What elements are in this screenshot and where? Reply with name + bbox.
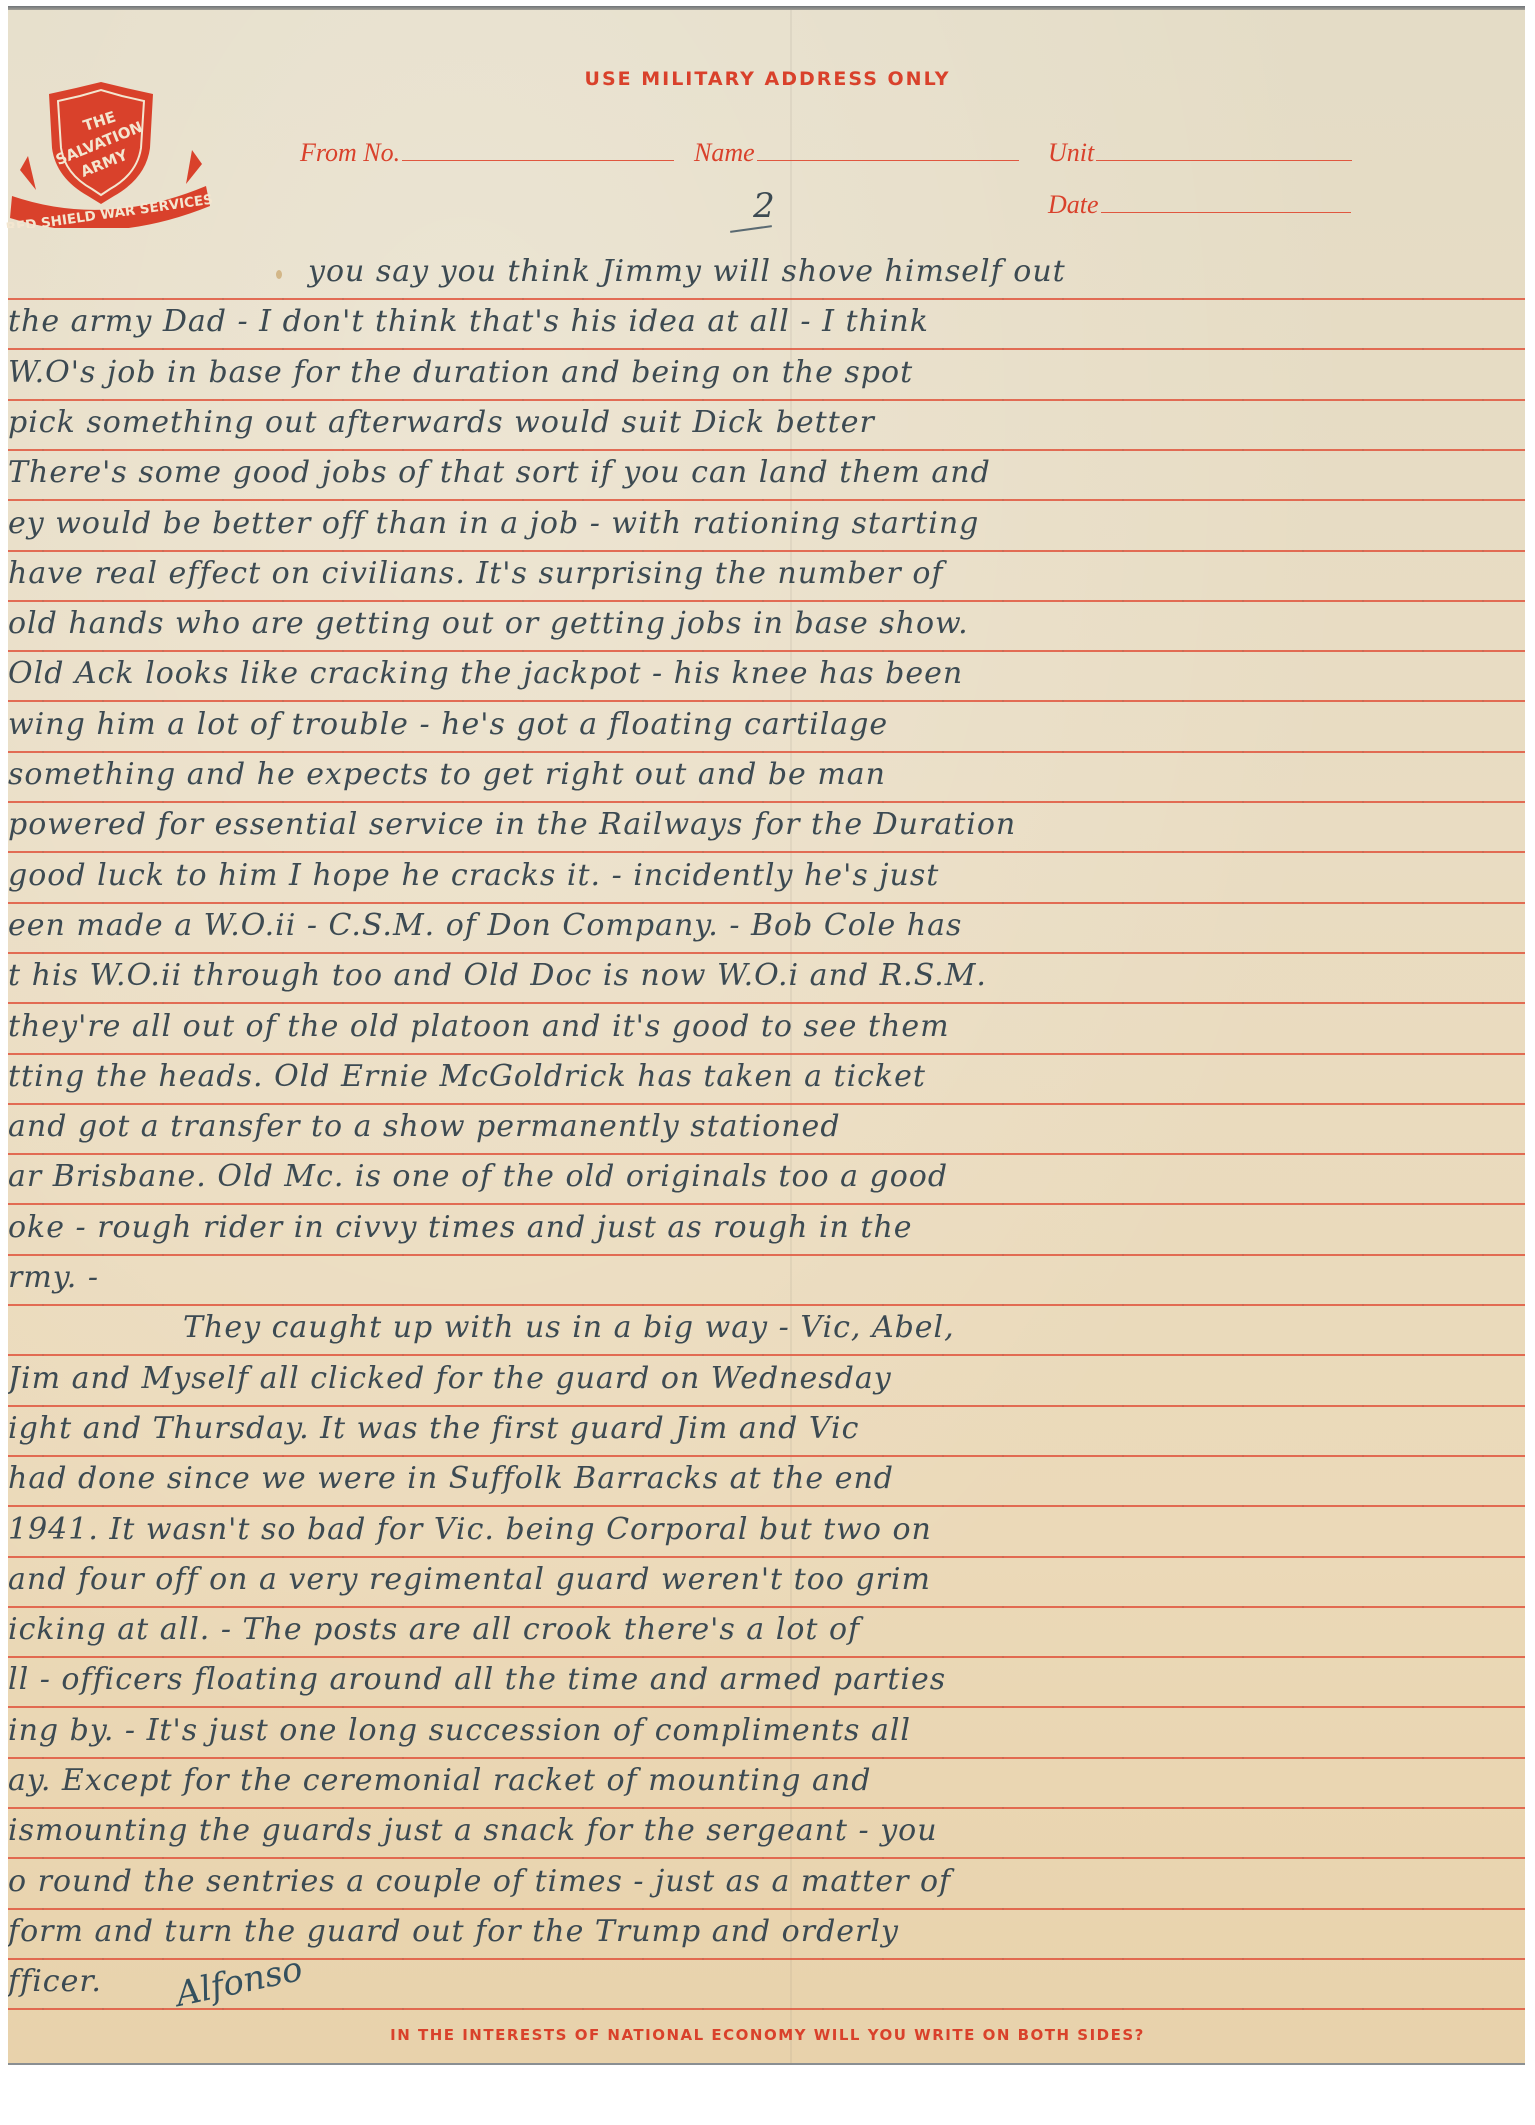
ruled-line — [8, 1556, 1525, 1558]
handwritten-line: There's some good jobs of that sort if y… — [8, 453, 1518, 493]
ruled-line — [8, 1304, 1525, 1306]
ruled-line — [8, 1505, 1525, 1507]
ruled-line — [8, 1405, 1525, 1407]
handwritten-line: had done since we were in Suffolk Barrac… — [8, 1459, 1518, 1499]
ruled-line — [8, 298, 1525, 300]
handwritten-line: you say you think Jimmy will shove himse… — [8, 252, 1535, 292]
ruled-line — [8, 1606, 1525, 1608]
ruled-line — [8, 499, 1525, 501]
handwritten-line: ll - officers floating around all the ti… — [8, 1660, 1518, 1700]
handwritten-line: wing him a lot of trouble - he's got a f… — [8, 705, 1518, 745]
ruled-line — [8, 751, 1525, 753]
page-number: 2 — [746, 186, 782, 226]
ruled-line — [8, 1958, 1525, 1960]
handwritten-line: ar Brisbane. Old Mc. is one of the old o… — [8, 1157, 1518, 1197]
date-line — [1101, 211, 1351, 213]
ruled-line — [8, 399, 1525, 401]
handwritten-line: t his W.O.ii through too and Old Doc is … — [8, 956, 1518, 996]
date-label: Date — [1048, 190, 1099, 219]
handwritten-line: Old Ack looks like cracking the jackpot … — [8, 654, 1518, 694]
unit-label: Unit — [1048, 138, 1094, 167]
ruled-line — [8, 1706, 1525, 1708]
handwritten-line: oke - rough rider in civvy times and jus… — [8, 1208, 1518, 1248]
ruled-line — [8, 851, 1525, 853]
handwritten-line: they're all out of the old platoon and i… — [8, 1007, 1518, 1047]
handwritten-line: the army Dad - I don't think that's his … — [8, 302, 1518, 342]
ruled-line — [8, 1857, 1525, 1859]
handwritten-line: icking at all. - The posts are all crook… — [8, 1610, 1518, 1650]
handwritten-line: ight and Thursday. It was the first guar… — [8, 1409, 1518, 1449]
date-field: Date — [1048, 190, 1351, 220]
name-line — [757, 159, 1019, 161]
ruled-line — [8, 1455, 1525, 1457]
handwritten-line: ismounting the guards just a snack for t… — [8, 1811, 1518, 1851]
ruled-line — [8, 902, 1525, 904]
name-field: Name — [694, 138, 1019, 168]
from-no-line — [402, 159, 674, 161]
ruled-line — [8, 700, 1525, 702]
ruled-line — [8, 1254, 1525, 1256]
ruled-line — [8, 2008, 1525, 2010]
ruled-line — [8, 952, 1525, 954]
handwritten-line: ay. Except for the ceremonial racket of … — [8, 1761, 1518, 1801]
handwritten-line: een made a W.O.ii - C.S.M. of Don Compan… — [8, 906, 1518, 946]
handwritten-line: ey would be better off than in a job - w… — [8, 504, 1518, 544]
unit-field: Unit — [1048, 138, 1352, 168]
ruled-line — [8, 1354, 1525, 1356]
ruled-line — [8, 1807, 1525, 1809]
ruled-line — [8, 1002, 1525, 1004]
ruled-line — [8, 801, 1525, 803]
handwritten-line: and got a transfer to a show permanently… — [8, 1107, 1518, 1147]
handwritten-line: They caught up with us in a big way - Vi… — [8, 1308, 1535, 1348]
ruled-line — [8, 1203, 1525, 1205]
handwritten-line: good luck to him I hope he cracks it. - … — [8, 856, 1518, 896]
from-no-field: From No. — [300, 138, 674, 168]
ruled-line — [8, 1153, 1525, 1155]
ruled-line — [8, 1103, 1525, 1105]
ruled-line — [8, 1656, 1525, 1658]
ruled-line — [8, 1053, 1525, 1055]
ruled-line — [8, 650, 1525, 652]
ruled-line — [8, 550, 1525, 552]
ruled-line — [8, 600, 1525, 602]
ruled-line — [8, 449, 1525, 451]
name-label: Name — [694, 138, 755, 167]
handwritten-line: W.O's job in base for the duration and b… — [8, 353, 1518, 393]
handwritten-line: tting the heads. Old Ernie McGoldrick ha… — [8, 1057, 1518, 1097]
handwritten-line: rmy. - — [8, 1258, 1518, 1298]
handwritten-line: o round the sentries a couple of times -… — [8, 1862, 1518, 1902]
ruled-line — [8, 1908, 1525, 1910]
footer-note: IN THE INTERESTS OF NATIONAL ECONOMY WIL… — [0, 2026, 1535, 2044]
unit-line — [1096, 159, 1352, 161]
ruled-line — [8, 1757, 1525, 1759]
handwritten-line: pick something out afterwards would suit… — [8, 403, 1518, 443]
handwritten-line: 1941. It wasn't so bad for Vic. being Co… — [8, 1510, 1518, 1550]
handwritten-line: powered for essential service in the Rai… — [8, 805, 1518, 845]
handwritten-line: and four off on a very regimental guard … — [8, 1560, 1518, 1600]
handwritten-line: Jim and Myself all clicked for the guard… — [8, 1359, 1518, 1399]
salvation-army-shield-icon: THE SALVATION ARMY RED SHIELD WAR SERVIC… — [6, 78, 216, 228]
handwritten-line: form and turn the guard out for the Trum… — [8, 1912, 1518, 1952]
ruled-line — [8, 348, 1525, 350]
from-no-label: From No. — [300, 138, 400, 167]
handwritten-line: have real effect on civilians. It's surp… — [8, 554, 1518, 594]
handwritten-line: ing by. - It's just one long succession … — [8, 1711, 1518, 1751]
letterhead-title: USE MILITARY ADDRESS ONLY — [0, 68, 1535, 90]
handwritten-line: old hands who are getting out or getting… — [8, 604, 1518, 644]
handwritten-line: something and he expects to get right ou… — [8, 755, 1518, 795]
